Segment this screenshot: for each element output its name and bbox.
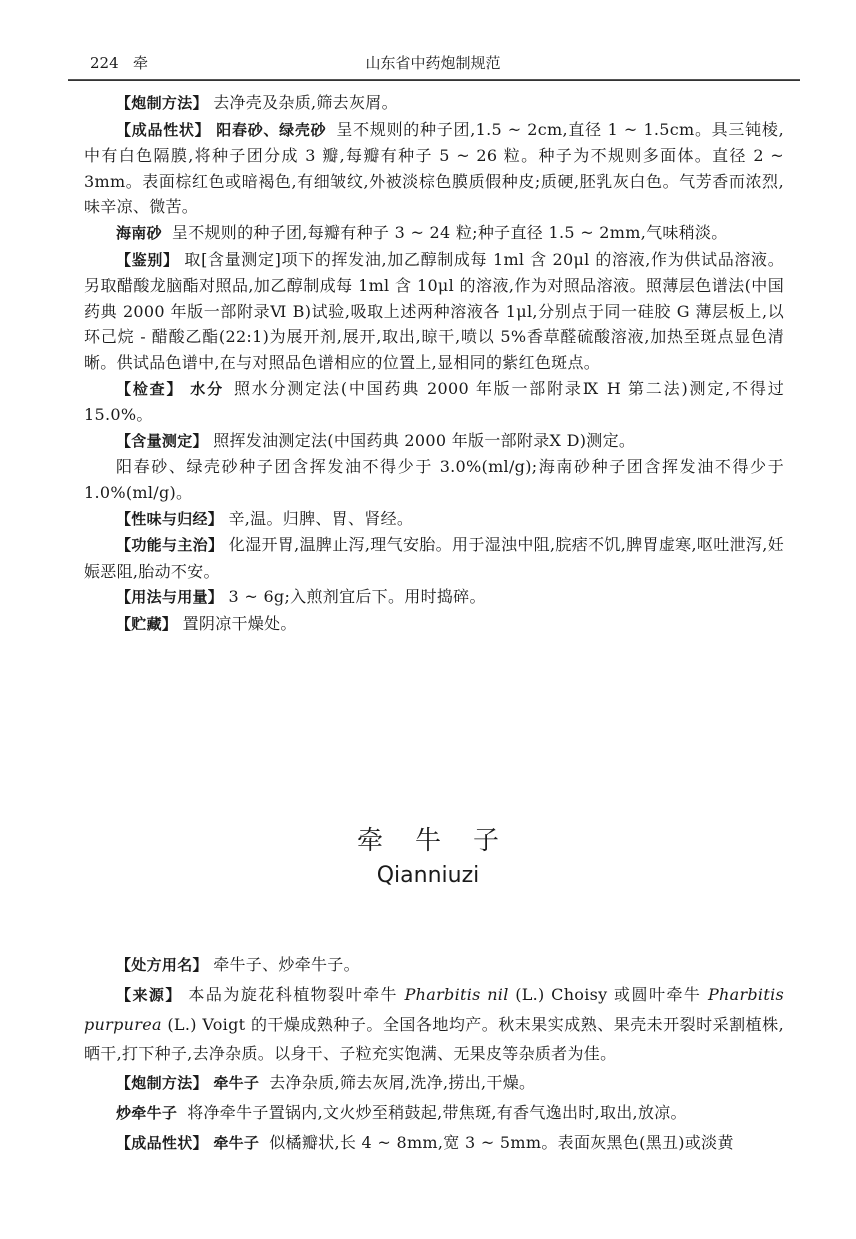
paragraph-storage: 【贮藏】 置阴凉干燥处。 xyxy=(84,611,784,638)
paragraph-product-traits: 【成品性状】 牵牛子似橘瓣状,长 4 ~ 8mm,宽 3 ~ 5mm。表面灰黑色… xyxy=(84,1128,784,1158)
paragraph-hainan: 海南砂呈不规则的种子团,每瓣有种子 3 ~ 24 粒;种子直径 1.5 ~ 2m… xyxy=(84,220,784,247)
paragraph-processing: 【炮制方法】 牵牛子去净杂质,筛去灰屑,洗净,捞出,干燥。 xyxy=(84,1068,784,1098)
paragraph-dosage: 【用法与用量】 3 ~ 6g;入煎剂宜后下。用时捣碎。 xyxy=(84,584,784,611)
entry-title-pinyin: Qianniuzi xyxy=(0,863,856,888)
qianniuzi-section: 【处方用名】 牵牛子、炒牵牛子。 【来源】 本品为旋花科植物裂叶牵牛 Pharb… xyxy=(84,950,784,1158)
paragraph-assay: 【含量测定】 照挥发油测定法(中国药典 2000 年版一部附录Ⅹ D)测定。 xyxy=(84,428,784,455)
entry-title-chinese: 牵牛子 xyxy=(0,820,856,857)
paragraph-identification: 【鉴别】 取[含量测定]项下的挥发油,加乙醇制成每 1ml 含 20μl 的溶液… xyxy=(84,247,784,376)
latin-name: Pharbitis nil xyxy=(405,985,509,1004)
header-rule xyxy=(68,79,800,81)
paragraph-fried: 炒牵牛子将净牵牛子置锅内,文火炒至稍鼓起,带焦斑,有香气逸出时,取出,放凉。 xyxy=(84,1098,784,1128)
sharen-section: 【炮制方法】 去净壳及杂质,筛去灰屑。 【成品性状】 阳春砂、绿壳砂呈不规则的种… xyxy=(84,90,784,637)
paragraph-assay-limits: 阳春砂、绿壳砂种子团含挥发油不得少于 3.0%(ml/g);海南砂种子团含挥发油… xyxy=(84,454,784,505)
paragraph-function: 【功能与主治】 化湿开胃,温脾止泻,理气安胎。用于湿浊中阻,脘痞不饥,脾胃虚寒,… xyxy=(84,532,784,584)
paragraph-nature-meridian: 【性味与归经】 辛,温。归脾、胃、肾经。 xyxy=(84,506,784,533)
page-header: 224 牵 山东省中药炮制规范 xyxy=(68,52,798,78)
paragraph-source: 【来源】 本品为旋花科植物裂叶牵牛 Pharbitis nil (L.) Cho… xyxy=(84,980,784,1068)
paragraph-inspection: 【检查】 水分照水分测定法(中国药典 2000 年版一部附录Ⅸ H 第二法)测定… xyxy=(84,376,784,428)
entry-title: 牵牛子 Qianniuzi xyxy=(0,820,856,888)
running-title: 山东省中药炮制规范 xyxy=(68,52,798,73)
paragraph-prescription-names: 【处方用名】 牵牛子、炒牵牛子。 xyxy=(84,950,784,980)
paragraph-processing: 【炮制方法】 去净壳及杂质,筛去灰屑。 xyxy=(84,90,784,117)
paragraph-product-traits: 【成品性状】 阳春砂、绿壳砂呈不规则的种子团,1.5 ~ 2cm,直径 1 ~ … xyxy=(84,117,784,220)
